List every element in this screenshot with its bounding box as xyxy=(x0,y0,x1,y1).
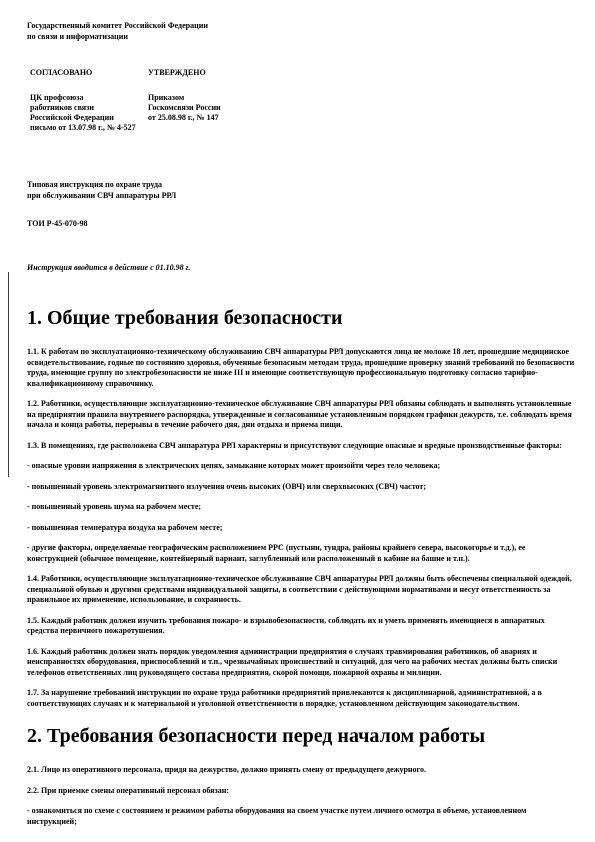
paragraph: 1.2. Работники, осуществляющие эксплуата… xyxy=(27,399,575,431)
effective-date-note: Инструкция вводится в действие с 01.10.9… xyxy=(27,262,575,273)
org-header-line: Государственный комитет Российской Федер… xyxy=(27,20,575,31)
approved-title: УТВЕРЖДЕНО xyxy=(148,68,221,78)
org-header-line: по связи и информатизации xyxy=(27,31,575,42)
hazard-list-item: - другие факторы, определяемые географич… xyxy=(27,543,575,564)
section: 2. Требования безопасности перед началом… xyxy=(27,725,575,827)
hazard-list-item: - повышенный уровень шума на рабочем мес… xyxy=(27,502,575,513)
approval-line: от 25.08.98 г., № 147 xyxy=(148,113,221,123)
section: 1. Общие требования безопасности1.1. К р… xyxy=(27,307,575,709)
hazard-list-item: - опасные уровни напряжения в электричес… xyxy=(27,461,575,472)
hazard-list-item: - ознакомиться по схеме с состоянием и р… xyxy=(27,806,575,827)
approval-approved: УТВЕРЖДЕНО ПриказомГоскомсвязи Россииот … xyxy=(148,68,221,133)
paragraph: 1.5. Каждый работник должен изучить треб… xyxy=(27,616,575,637)
approval-line: Российской Федерации xyxy=(30,113,148,123)
doc-title-line: при обслуживании СВЧ аппаратуры РРЛ xyxy=(27,190,575,201)
paragraph: 1.1. К работам по эксплуатационно-технич… xyxy=(27,347,575,389)
paragraph: 2.2. При приемке смены оперативный персо… xyxy=(27,786,575,797)
approval-agreed: СОГЛАСОВАНО ЦК профсоюзаработников связи… xyxy=(30,68,148,133)
approval-line: Приказом xyxy=(148,93,221,103)
doc-title: Типовая инструкция по охране труда при о… xyxy=(27,179,575,201)
doc-title-line: Типовая инструкция по охране труда xyxy=(27,179,575,190)
approval-line: работников связи xyxy=(30,103,148,113)
approval-block: СОГЛАСОВАНО ЦК профсоюзаработников связи… xyxy=(27,68,575,133)
approved-lines: ПриказомГоскомсвязи Россииот 25.08.98 г.… xyxy=(148,93,221,123)
agreed-title: СОГЛАСОВАНО xyxy=(30,68,148,78)
paragraph: 1.3. В помещениях, где расположена СВЧ а… xyxy=(27,441,575,452)
approval-line: письмо от 13.07.98 г., № 4-527 xyxy=(30,123,148,133)
section-heading: 1. Общие требования безопасности xyxy=(27,307,575,330)
paragraph: 1.6. Каждый работник должен знать порядо… xyxy=(27,647,575,679)
paragraph: 2.1. Лицо из оперативного персонала, при… xyxy=(27,765,575,776)
paragraph: 1.4. Работники, осуществляющие эксплуата… xyxy=(27,574,575,606)
sections-container: 1. Общие требования безопасности1.1. К р… xyxy=(27,307,575,827)
paragraph: 1.7. За нарушение требований инструкции … xyxy=(27,688,575,709)
hazard-list-item: - повышенный уровень электромагнитного и… xyxy=(27,482,575,493)
org-header: Государственный комитет Российской Федер… xyxy=(27,20,575,42)
section-heading: 2. Требования безопасности перед началом… xyxy=(27,725,575,748)
document-page: Государственный комитет Российской Федер… xyxy=(0,0,595,842)
agreed-lines: ЦК профсоюзаработников связиРоссийской Ф… xyxy=(30,93,148,133)
left-margin-rule xyxy=(8,272,9,477)
doc-number: ТОИ Р-45-070-98 xyxy=(27,218,575,229)
hazard-list-item: - повышенная температура воздуха на рабо… xyxy=(27,523,575,534)
approval-line: ЦК профсоюза xyxy=(30,93,148,103)
approval-line: Госкомсвязи России xyxy=(148,103,221,113)
